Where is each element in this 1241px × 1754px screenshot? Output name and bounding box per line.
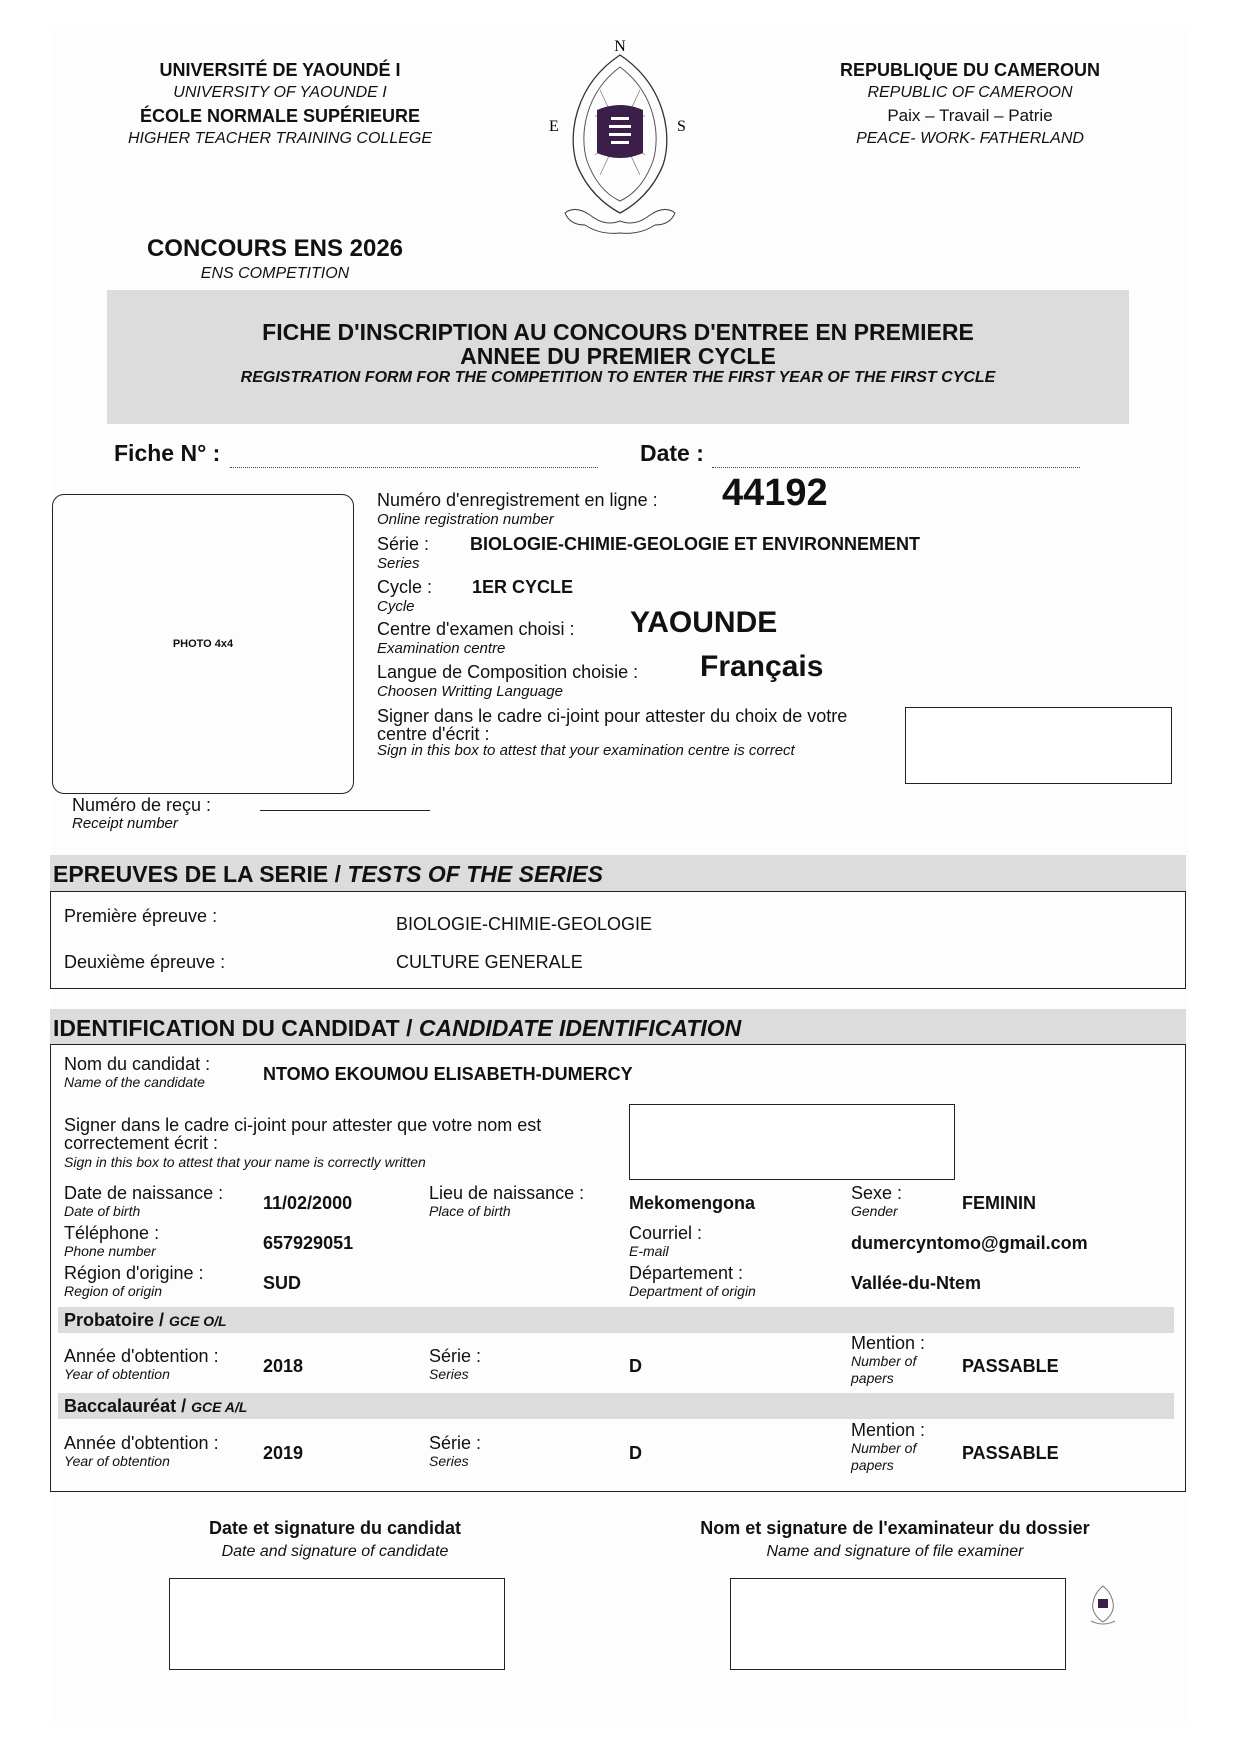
test-2-value: CULTURE GENERALE (396, 952, 583, 973)
centre-label: Centre d'examen choisi : (377, 619, 575, 639)
tests-section-header: EPREUVES DE LA SERIE / TESTS OF THE SERI… (50, 855, 1186, 891)
dob-label: Date de naissance : (64, 1183, 223, 1203)
university-seal-small-icon (1088, 1584, 1118, 1626)
dept-sub: Department of origin (629, 1283, 756, 1300)
bac-year-sub: Year of obtention (64, 1453, 219, 1470)
tests-box (50, 891, 1186, 989)
email-sub: E-mail (629, 1243, 702, 1260)
fiche-number-field[interactable] (230, 467, 598, 468)
svg-text:N: N (614, 38, 626, 55)
dob-value: 11/02/2000 (263, 1193, 352, 1214)
sign-centre-instructions: Signer dans le cadre ci-joint pour attes… (377, 706, 917, 759)
probatoire-mention-label: Mention : (851, 1333, 941, 1353)
online-number-label: Numéro d'enregistrement en ligne : (377, 490, 658, 510)
test-1-value: BIOLOGIE-CHIMIE-GEOLOGIE (396, 914, 652, 935)
baccalaureat-title: Baccalauréat / (64, 1396, 186, 1416)
competition-title: CONCOURS ENS 2026 (90, 234, 460, 264)
candidate-name-value: NTOMO EKOUMOU ELISABETH-DUMERCY (263, 1064, 633, 1085)
form-title-banner: FICHE D'INSCRIPTION AU CONCOURS D'ENTREE… (107, 290, 1129, 424)
country-header: REPUBLIQUE DU CAMEROUN REPUBLIC OF CAMER… (770, 58, 1170, 150)
language-sub: Choosen Writting Language (377, 683, 638, 700)
school-name-en: HIGHER TEACHER TRAINING COLLEGE (60, 128, 500, 150)
sign-centre-line1: Signer dans le cadre ci-joint pour attes… (377, 706, 917, 726)
dob-label-group: Date de naissance : Date of birth (64, 1183, 223, 1220)
bac-mention-label-group: Mention : Number of papers (851, 1420, 941, 1474)
probatoire-series-sub: Series (429, 1366, 481, 1383)
tests-title-fr: EPREUVES DE LA SERIE / (53, 861, 341, 887)
examiner-signature-sub: Name and signature of file examiner (660, 1543, 1130, 1561)
series-label: Série : (377, 534, 429, 554)
pob-value: Mekomengona (629, 1193, 755, 1214)
candidate-signature-box[interactable] (169, 1578, 505, 1670)
receipt-label: Numéro de reçu : (72, 795, 211, 815)
dept-label: Département : (629, 1263, 756, 1283)
phone-sub: Phone number (64, 1243, 159, 1260)
sex-label-group: Sexe : Gender (851, 1183, 902, 1220)
country-name-en: REPUBLIC OF CAMEROON (770, 82, 1170, 104)
probatoire-year-label-group: Année d'obtention : Year of obtention (64, 1346, 219, 1383)
svg-text:E: E (549, 118, 559, 135)
dept-value: Vallée-du-Ntem (851, 1273, 981, 1294)
centre-value: YAOUNDE (630, 606, 777, 640)
school-name-fr: ÉCOLE NORMALE SUPÉRIEURE (60, 104, 500, 128)
probatoire-year-value: 2018 (263, 1356, 303, 1377)
candidate-box (50, 1044, 1186, 1492)
form-title: FICHE D'INSCRIPTION AU CONCOURS D'ENTREE… (107, 320, 1129, 368)
probatoire-title: Probatoire / (64, 1310, 164, 1330)
probatoire-series-label: Série : (429, 1346, 481, 1366)
institution-header: UNIVERSITÉ DE YAOUNDÉ I UNIVERSITY OF YA… (60, 58, 500, 150)
date-field[interactable] (712, 467, 1080, 468)
language-label: Langue de Composition choisie : (377, 662, 638, 682)
series-value: BIOLOGIE-CHIMIE-GEOLOGIE ET ENVIRONNEMEN… (470, 534, 920, 555)
series-sub: Series (377, 555, 429, 572)
baccalaureat-title-en: GCE A/L (191, 1399, 247, 1415)
phone-label-group: Téléphone : Phone number (64, 1223, 159, 1260)
bac-mention-value: PASSABLE (962, 1443, 1059, 1464)
cycle-value: 1ER CYCLE (472, 577, 573, 598)
sex-value: FEMININ (962, 1193, 1036, 1214)
tests-title-en: TESTS OF THE SERIES (347, 861, 603, 887)
phone-value: 657929051 (263, 1233, 353, 1254)
email-label-group: Courriel : E-mail (629, 1223, 702, 1260)
sign-name-line2: correctement écrit : (64, 1135, 624, 1151)
country-name-fr: REPUBLIQUE DU CAMEROUN (770, 58, 1170, 82)
probatoire-mention-label-group: Mention : Number of papers (851, 1333, 941, 1387)
online-number-value: 44192 (722, 472, 828, 515)
sign-centre-sub: Sign in this box to attest that your exa… (377, 742, 917, 759)
bac-mention-sub: Number of papers (851, 1440, 941, 1474)
series-row: Série : Series (377, 534, 429, 572)
baccalaureat-header: Baccalauréat / GCE A/L (58, 1393, 1174, 1419)
candidate-title-en: CANDIDATE IDENTIFICATION (419, 1015, 741, 1041)
region-label: Région d'origine : (64, 1263, 204, 1283)
candidate-title-fr: IDENTIFICATION DU CANDIDAT / (53, 1015, 412, 1041)
centre-signature-box[interactable] (905, 707, 1172, 784)
pob-sub: Place of birth (429, 1203, 584, 1220)
sign-name-sub: Sign in this box to attest that your nam… (64, 1154, 624, 1171)
sex-sub: Gender (851, 1203, 902, 1220)
date-label: Date : (640, 440, 704, 467)
motto-en: PEACE- WORK- FATHERLAND (770, 128, 1170, 150)
candidate-signature-heading: Date et signature du candidat Date and s… (150, 1518, 520, 1561)
sex-label: Sexe : (851, 1183, 902, 1203)
email-label: Courriel : (629, 1223, 702, 1243)
online-number-sub: Online registration number (377, 511, 658, 528)
svg-text:S: S (677, 118, 686, 135)
receipt-row: Numéro de reçu : Receipt number (72, 795, 211, 832)
name-signature-box[interactable] (629, 1104, 955, 1180)
probatoire-mention-value: PASSABLE (962, 1356, 1059, 1377)
bac-mention-label: Mention : (851, 1420, 941, 1440)
test-2-label: Deuxième épreuve : (64, 952, 225, 973)
form-subtitle: REGISTRATION FORM FOR THE COMPETITION TO… (107, 369, 1129, 387)
bac-year-label: Année d'obtention : (64, 1433, 219, 1453)
cycle-sub: Cycle (377, 598, 432, 615)
region-sub: Region of origin (64, 1283, 204, 1300)
bac-year-value: 2019 (263, 1443, 303, 1464)
photo-label: PHOTO 4x4 (173, 638, 233, 650)
probatoire-series-value: D (629, 1356, 642, 1377)
motto-fr: Paix – Travail – Patrie (770, 104, 1170, 128)
centre-row: Centre d'examen choisi : Examination cen… (377, 619, 575, 657)
competition-heading: CONCOURS ENS 2026 ENS COMPETITION (90, 234, 460, 284)
bac-series-label: Série : (429, 1433, 481, 1453)
examiner-signature-title: Nom et signature de l'examinateur du dos… (660, 1518, 1130, 1539)
competition-subtitle: ENS COMPETITION (90, 264, 460, 284)
pob-label-group: Lieu de naissance : Place of birth (429, 1183, 584, 1220)
photo-box: PHOTO 4x4 (52, 494, 354, 794)
university-name-en: UNIVERSITY OF YAOUNDE I (60, 82, 500, 104)
cycle-label: Cycle : (377, 577, 432, 597)
language-value: Français (700, 650, 823, 684)
probatoire-year-label: Année d'obtention : (64, 1346, 219, 1366)
university-seal-icon: N E S (545, 35, 695, 240)
pob-label: Lieu de naissance : (429, 1183, 584, 1203)
university-name-fr: UNIVERSITÉ DE YAOUNDÉ I (60, 58, 500, 82)
sign-name-line1: Signer dans le cadre ci-joint pour attes… (64, 1115, 624, 1135)
name-sub: Name of the candidate (64, 1074, 210, 1091)
sign-centre-line2: centre d'écrit : (377, 726, 917, 742)
centre-sub: Examination centre (377, 640, 575, 657)
candidate-signature-sub: Date and signature of candidate (150, 1543, 520, 1561)
bac-year-label-group: Année d'obtention : Year of obtention (64, 1433, 219, 1470)
receipt-sub: Receipt number (72, 815, 211, 832)
candidate-signature-title: Date et signature du candidat (150, 1518, 520, 1539)
dob-sub: Date of birth (64, 1203, 223, 1220)
examiner-signature-heading: Nom et signature de l'examinateur du dos… (660, 1518, 1130, 1561)
test-1-label: Première épreuve : (64, 906, 217, 927)
online-number-row: Numéro d'enregistrement en ligne : Onlin… (377, 490, 658, 528)
probatoire-title-en: GCE O/L (169, 1313, 227, 1329)
sign-name-instructions: Signer dans le cadre ci-joint pour attes… (64, 1115, 624, 1171)
fiche-number-label: Fiche N° : (114, 440, 220, 467)
cycle-row: Cycle : Cycle (377, 577, 432, 615)
language-row: Langue de Composition choisie : Choosen … (377, 662, 638, 700)
probatoire-year-sub: Year of obtention (64, 1366, 219, 1383)
probatoire-header: Probatoire / GCE O/L (58, 1307, 1174, 1333)
name-label-group: Nom du candidat : Name of the candidate (64, 1054, 210, 1091)
email-value: dumercyntomo@gmail.com (851, 1233, 1088, 1254)
name-label: Nom du candidat : (64, 1054, 210, 1074)
dept-label-group: Département : Department of origin (629, 1263, 756, 1300)
region-value: SUD (263, 1273, 301, 1294)
examiner-signature-box[interactable] (730, 1578, 1066, 1670)
phone-label: Téléphone : (64, 1223, 159, 1243)
bac-series-value: D (629, 1443, 642, 1464)
bac-series-sub: Series (429, 1453, 481, 1470)
region-label-group: Région d'origine : Region of origin (64, 1263, 204, 1300)
bac-series-label-group: Série : Series (429, 1433, 481, 1470)
probatoire-mention-sub: Number of papers (851, 1353, 941, 1387)
probatoire-series-label-group: Série : Series (429, 1346, 481, 1383)
receipt-number-field[interactable] (260, 810, 430, 811)
candidate-section-header: IDENTIFICATION DU CANDIDAT / CANDIDATE I… (50, 1009, 1186, 1045)
